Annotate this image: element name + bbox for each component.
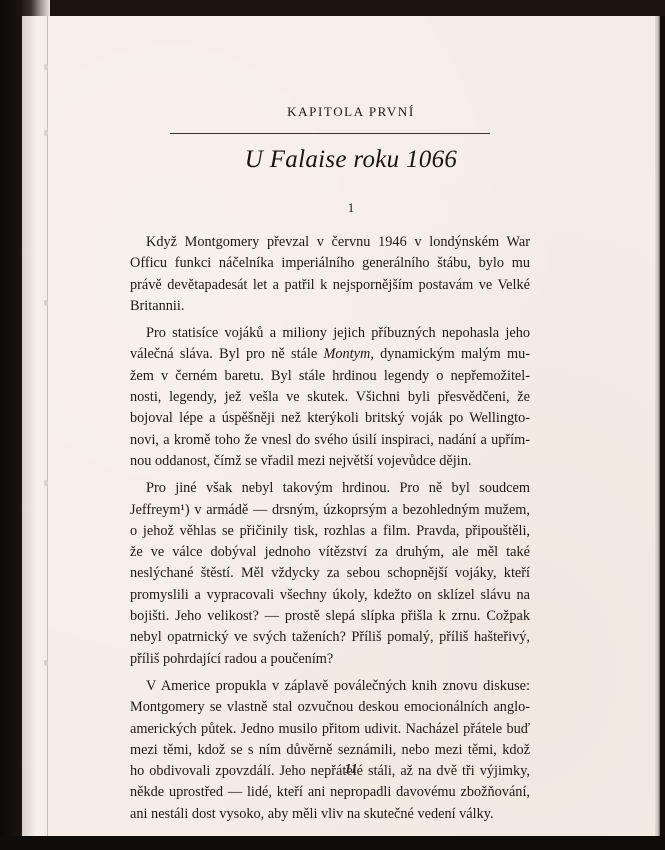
text-line: příliš pohrdající radou a poučením? [130, 649, 530, 670]
paragraph-1: Když Montgomery převzal v červnu 1946 v … [130, 232, 530, 317]
text-line: Pro jiné však nebyl takovým hrdinou. Pro… [130, 478, 530, 499]
text-line: nebyl opatrnický ve svých taženích? Příl… [130, 627, 530, 648]
chapter-kicker: KAPITOLA PRVNÍ [47, 104, 655, 120]
text-line: Officu funkci náčelníka imperiálního gen… [130, 253, 530, 274]
chapter-rule [170, 133, 490, 134]
book-gutter [22, 16, 48, 836]
text-line: mezi těmi, kdož se s ním důvěrně seznámi… [130, 740, 530, 761]
text-line: o jehož věhlas se přičinily tisk, rozhla… [130, 521, 530, 542]
text-line: Když Montgomery převzal v červnu 1946 v … [130, 232, 530, 253]
text-line-with-italic: válečná sláva. Byl pro ně stále Montym, … [130, 344, 530, 365]
scan-background-top [0, 0, 665, 16]
body-text: Když Montgomery převzal v červnu 1946 v … [130, 232, 530, 831]
binding-stitch [44, 480, 48, 486]
text-line: nou oddanost, čímž se vřadil mezi největ… [130, 451, 530, 472]
italic-emphasis: Montym [323, 346, 370, 362]
text-line: neslýchané štěstí. Měl vždycky za sebou … [130, 563, 530, 584]
text-line: bojišti. Jeho velikost? — prostě slepá s… [130, 606, 530, 627]
binding-stitch [44, 660, 48, 666]
page-number: 11 [47, 762, 655, 778]
chapter-title: U Falaise roku 1066 [47, 146, 655, 174]
binding-stitch [44, 130, 48, 136]
text-line: že ve válce dobýval jednoho vítězství za… [130, 542, 530, 563]
paragraph-2: Pro statisíce vojáků a miliony jejich př… [130, 323, 530, 472]
binding-stitch [44, 300, 48, 306]
text-line: Montgomery se vlastně stal ozvučnou desk… [130, 697, 530, 718]
text-line: promyslili a vypracovali všechny úkoly, … [130, 585, 530, 606]
text-line: právě devětapadesát let a patřil k nejsp… [130, 275, 530, 296]
paragraph-4: V Americe propukla v záplavě poválečných… [130, 676, 530, 825]
text-line: Jeffreym¹) v armádě — drsným, úzkoprsým … [130, 500, 530, 521]
text-line: novi, a kromě toho že vnesl do svého úsi… [130, 430, 530, 451]
binding-stitch [44, 64, 48, 70]
text-line: žem v černém baretu. Byl stále hrdinou l… [130, 366, 530, 387]
text-line: V Americe propukla v záplavě poválečných… [130, 676, 530, 697]
text-line: ani nestáli dost vysoko, aby měli vliv n… [130, 804, 530, 825]
page-edge [655, 16, 660, 836]
text-line: někde uprostřed — lidé, kteří ani neprop… [130, 782, 530, 803]
text-line: Pro statisíce vojáků a miliony jejich př… [130, 323, 530, 344]
text-line: bojoval lépe a úspěšněji než kterýkoli b… [130, 408, 530, 429]
paragraph-3: Pro jiné však nebyl takovým hrdinou. Pro… [130, 478, 530, 670]
text-line: amerických půtek. Jedno musilo přitom ud… [130, 719, 530, 740]
text-line: nosti, legendy, jež vešla ve skutek. Vši… [130, 387, 530, 408]
section-number: 1 [47, 200, 655, 216]
scan-background-bottom [0, 836, 665, 850]
text-line: Britannii. [130, 296, 530, 317]
